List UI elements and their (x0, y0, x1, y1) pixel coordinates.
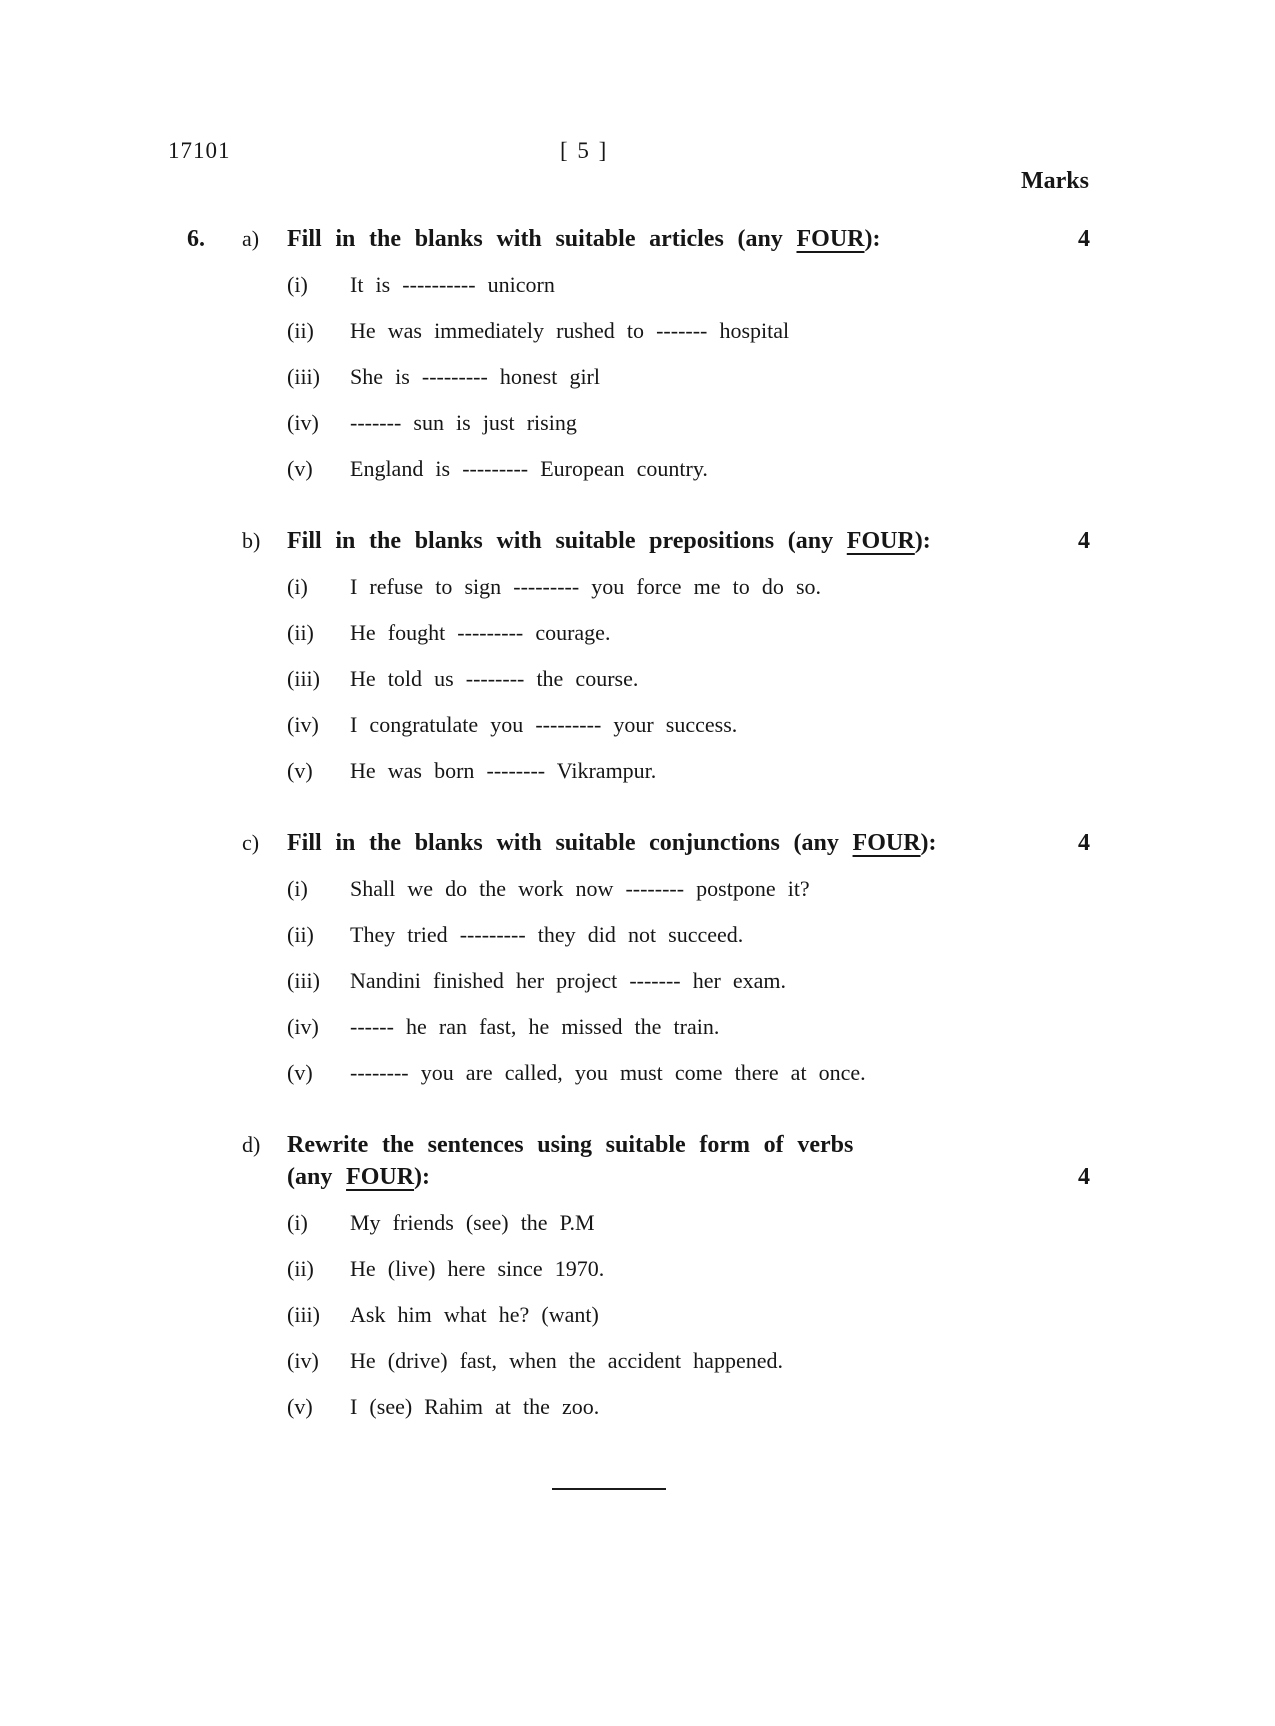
paper-code: 17101 (168, 138, 231, 164)
item-text: ------- sun is just rising (350, 407, 1090, 439)
list-item: (ii) He was immediately rushed to ------… (287, 315, 1090, 347)
heading-text-end: ): (921, 830, 937, 856)
item-text: He was born -------- Vikrampur. (350, 755, 1090, 787)
item-text: She is --------- honest girl (350, 361, 1090, 393)
item-text: -------- you are called, you must come t… (350, 1057, 1090, 1089)
heading-text: Fill in the blanks with suitable article… (287, 226, 796, 252)
section-c: c) Fill in the blanks with suitable conj… (187, 827, 1090, 1089)
heading-line-2: (any FOUR): (287, 1161, 853, 1193)
end-divider (552, 1488, 666, 1490)
list-item: (v) -------- you are called, you must co… (287, 1057, 1090, 1089)
item-number: (i) (287, 873, 350, 905)
section-d-heading: Rewrite the sentences using suitable for… (287, 1129, 853, 1193)
question-6: 6. a) Fill in the blanks with suitable a… (187, 223, 1090, 1490)
item-number: (iii) (287, 1299, 350, 1331)
heading-text: (any (287, 1164, 346, 1190)
item-number: (iv) (287, 1345, 350, 1377)
item-text: My friends (see) the P.M (350, 1207, 1090, 1239)
section-b-heading-row: Fill in the blanks with suitable preposi… (287, 525, 1090, 557)
list-item: (iii) Ask him what he? (want) (287, 1299, 1090, 1331)
item-number: (iii) (287, 663, 350, 695)
item-text: It is ---------- unicorn (350, 269, 1090, 301)
list-item: (v) I (see) Rahim at the zoo. (287, 1391, 1090, 1423)
section-c-heading-row: Fill in the blanks with suitable conjunc… (287, 827, 1090, 859)
item-number: (v) (287, 453, 350, 485)
list-item: (iv) ------ he ran fast, he missed the t… (287, 1011, 1090, 1043)
list-item: (v) He was born -------- Vikrampur. (287, 755, 1090, 787)
item-text: Nandini finished her project ------- her… (350, 965, 1090, 997)
item-number: (ii) (287, 1253, 350, 1285)
heading-text: Fill in the blanks with suitable preposi… (287, 528, 847, 554)
item-number: (ii) (287, 617, 350, 649)
page-number: [ 5 ] (560, 138, 608, 164)
heading-text-end: ): (864, 226, 880, 252)
item-text: I (see) Rahim at the zoo. (350, 1391, 1090, 1423)
section-b-heading: Fill in the blanks with suitable preposi… (287, 525, 931, 557)
item-number: (i) (287, 571, 350, 603)
item-number: (iii) (287, 361, 350, 393)
item-number: (ii) (287, 919, 350, 951)
heading-underlined-word: FOUR (346, 1164, 414, 1190)
list-item: (v) England is --------- European countr… (287, 453, 1090, 485)
item-number: (v) (287, 1391, 350, 1423)
item-number: (ii) (287, 315, 350, 347)
section-a: 6. a) Fill in the blanks with suitable a… (187, 223, 1090, 485)
list-item: (ii) They tried --------- they did not s… (287, 919, 1090, 951)
section-c-label: c) (242, 827, 259, 859)
item-text: He (drive) fast, when the accident happe… (350, 1345, 1090, 1377)
heading-line-1: Rewrite the sentences using suitable for… (287, 1129, 853, 1161)
item-text: They tried --------- they did not succee… (350, 919, 1090, 951)
list-item: (i) It is ---------- unicorn (287, 269, 1090, 301)
marks-value: 4 (1078, 223, 1090, 255)
marks-value: 4 (1078, 827, 1090, 859)
item-text: I refuse to sign --------- you force me … (350, 571, 1090, 603)
list-item: (ii) He fought --------- courage. (287, 617, 1090, 649)
section-c-heading: Fill in the blanks with suitable conjunc… (287, 827, 937, 859)
heading-text-end: ): (414, 1164, 430, 1190)
item-number: (i) (287, 269, 350, 301)
list-item: (iv) I congratulate you --------- your s… (287, 709, 1090, 741)
section-a-heading: Fill in the blanks with suitable article… (287, 223, 880, 255)
section-b-label: b) (242, 525, 260, 557)
section-d-heading-row: Rewrite the sentences using suitable for… (287, 1129, 1090, 1193)
item-number: (iii) (287, 965, 350, 997)
heading-underlined-word: FOUR (853, 830, 921, 856)
section-a-heading-row: Fill in the blanks with suitable article… (287, 223, 1090, 255)
list-item: (i) Shall we do the work now -------- po… (287, 873, 1090, 905)
section-d: d) Rewrite the sentences using suitable … (187, 1129, 1090, 1423)
marks-value: 4 (1078, 525, 1090, 557)
item-number: (iv) (287, 1011, 350, 1043)
heading-text-end: ): (915, 528, 931, 554)
section-b: b) Fill in the blanks with suitable prep… (187, 525, 1090, 787)
list-item: (iv) He (drive) fast, when the accident … (287, 1345, 1090, 1377)
item-text: He (live) here since 1970. (350, 1253, 1090, 1285)
marks-column-label: Marks (1021, 168, 1089, 195)
list-item: (iii) She is --------- honest girl (287, 361, 1090, 393)
item-text: I congratulate you --------- your succes… (350, 709, 1090, 741)
heading-underlined-word: FOUR (847, 528, 915, 554)
list-item: (ii) He (live) here since 1970. (287, 1253, 1090, 1285)
item-number: (iv) (287, 709, 350, 741)
section-a-label: a) (242, 223, 259, 255)
item-number: (v) (287, 755, 350, 787)
list-item: (iv) ------- sun is just rising (287, 407, 1090, 439)
heading-text: Fill in the blanks with suitable conjunc… (287, 830, 853, 856)
item-text: Ask him what he? (want) (350, 1299, 1090, 1331)
item-number: (v) (287, 1057, 350, 1089)
item-number: (iv) (287, 407, 350, 439)
item-text: ------ he ran fast, he missed the train. (350, 1011, 1090, 1043)
list-item: (iii) He told us -------- the course. (287, 663, 1090, 695)
item-text: He was immediately rushed to ------- hos… (350, 315, 1090, 347)
exam-paper-page: 17101 [ 5 ] Marks 6. a) Fill in the blan… (0, 0, 1275, 1726)
question-number: 6. (187, 223, 205, 255)
section-d-label: d) (242, 1129, 260, 1161)
item-text: He told us -------- the course. (350, 663, 1090, 695)
item-number: (i) (287, 1207, 350, 1239)
list-item: (i) My friends (see) the P.M (287, 1207, 1090, 1239)
heading-underlined-word: FOUR (796, 226, 864, 252)
list-item: (iii) Nandini finished her project -----… (287, 965, 1090, 997)
list-item: (i) I refuse to sign --------- you force… (287, 571, 1090, 603)
item-text: England is --------- European country. (350, 453, 1090, 485)
item-text: He fought --------- courage. (350, 617, 1090, 649)
item-text: Shall we do the work now -------- postpo… (350, 873, 1090, 905)
marks-value: 4 (1078, 1161, 1090, 1193)
